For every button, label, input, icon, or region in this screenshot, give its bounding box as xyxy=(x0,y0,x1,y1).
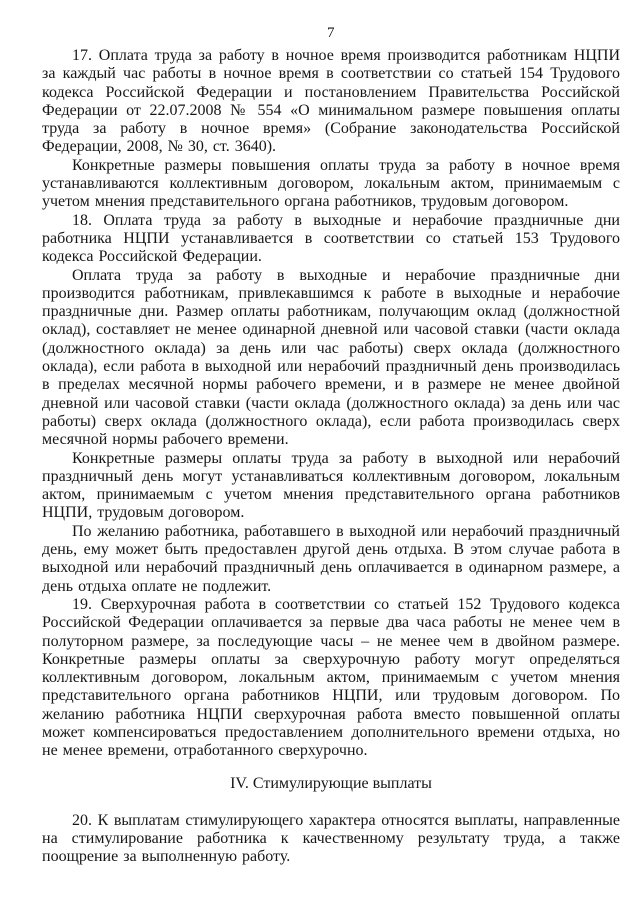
page-number: 7 xyxy=(42,24,620,42)
paragraph-holiday-pay-amounts: Конкретные размеры оплаты труда за работ… xyxy=(42,450,620,523)
paragraph-20-stimulating-payments: 20. К выплатам стимулирующего характера … xyxy=(42,812,620,867)
paragraph-night-pay-amounts: Конкретные размеры повышения оплаты труд… xyxy=(42,157,620,212)
paragraph-19-overtime-pay: 19. Сверхурочная работа в соответствии с… xyxy=(42,596,620,761)
paragraph-holiday-pay-rates: Оплата труда за работу в выходные и нера… xyxy=(42,267,620,450)
paragraph-day-off-compensation: По желанию работника, работавшего в выхо… xyxy=(42,523,620,596)
section-heading-stimulating-payments: IV. Стимулирующие выплаты xyxy=(42,775,620,793)
page-content: 7 17. Оплата труда за работу в ночное вр… xyxy=(42,0,620,867)
paragraph-17-night-work-pay: 17. Оплата труда за работу в ночное врем… xyxy=(42,47,620,157)
document-page: 7 17. Оплата труда за работу в ночное вр… xyxy=(0,0,640,905)
paragraph-18-holiday-work-pay: 18. Оплата труда за работу в выходные и … xyxy=(42,212,620,267)
